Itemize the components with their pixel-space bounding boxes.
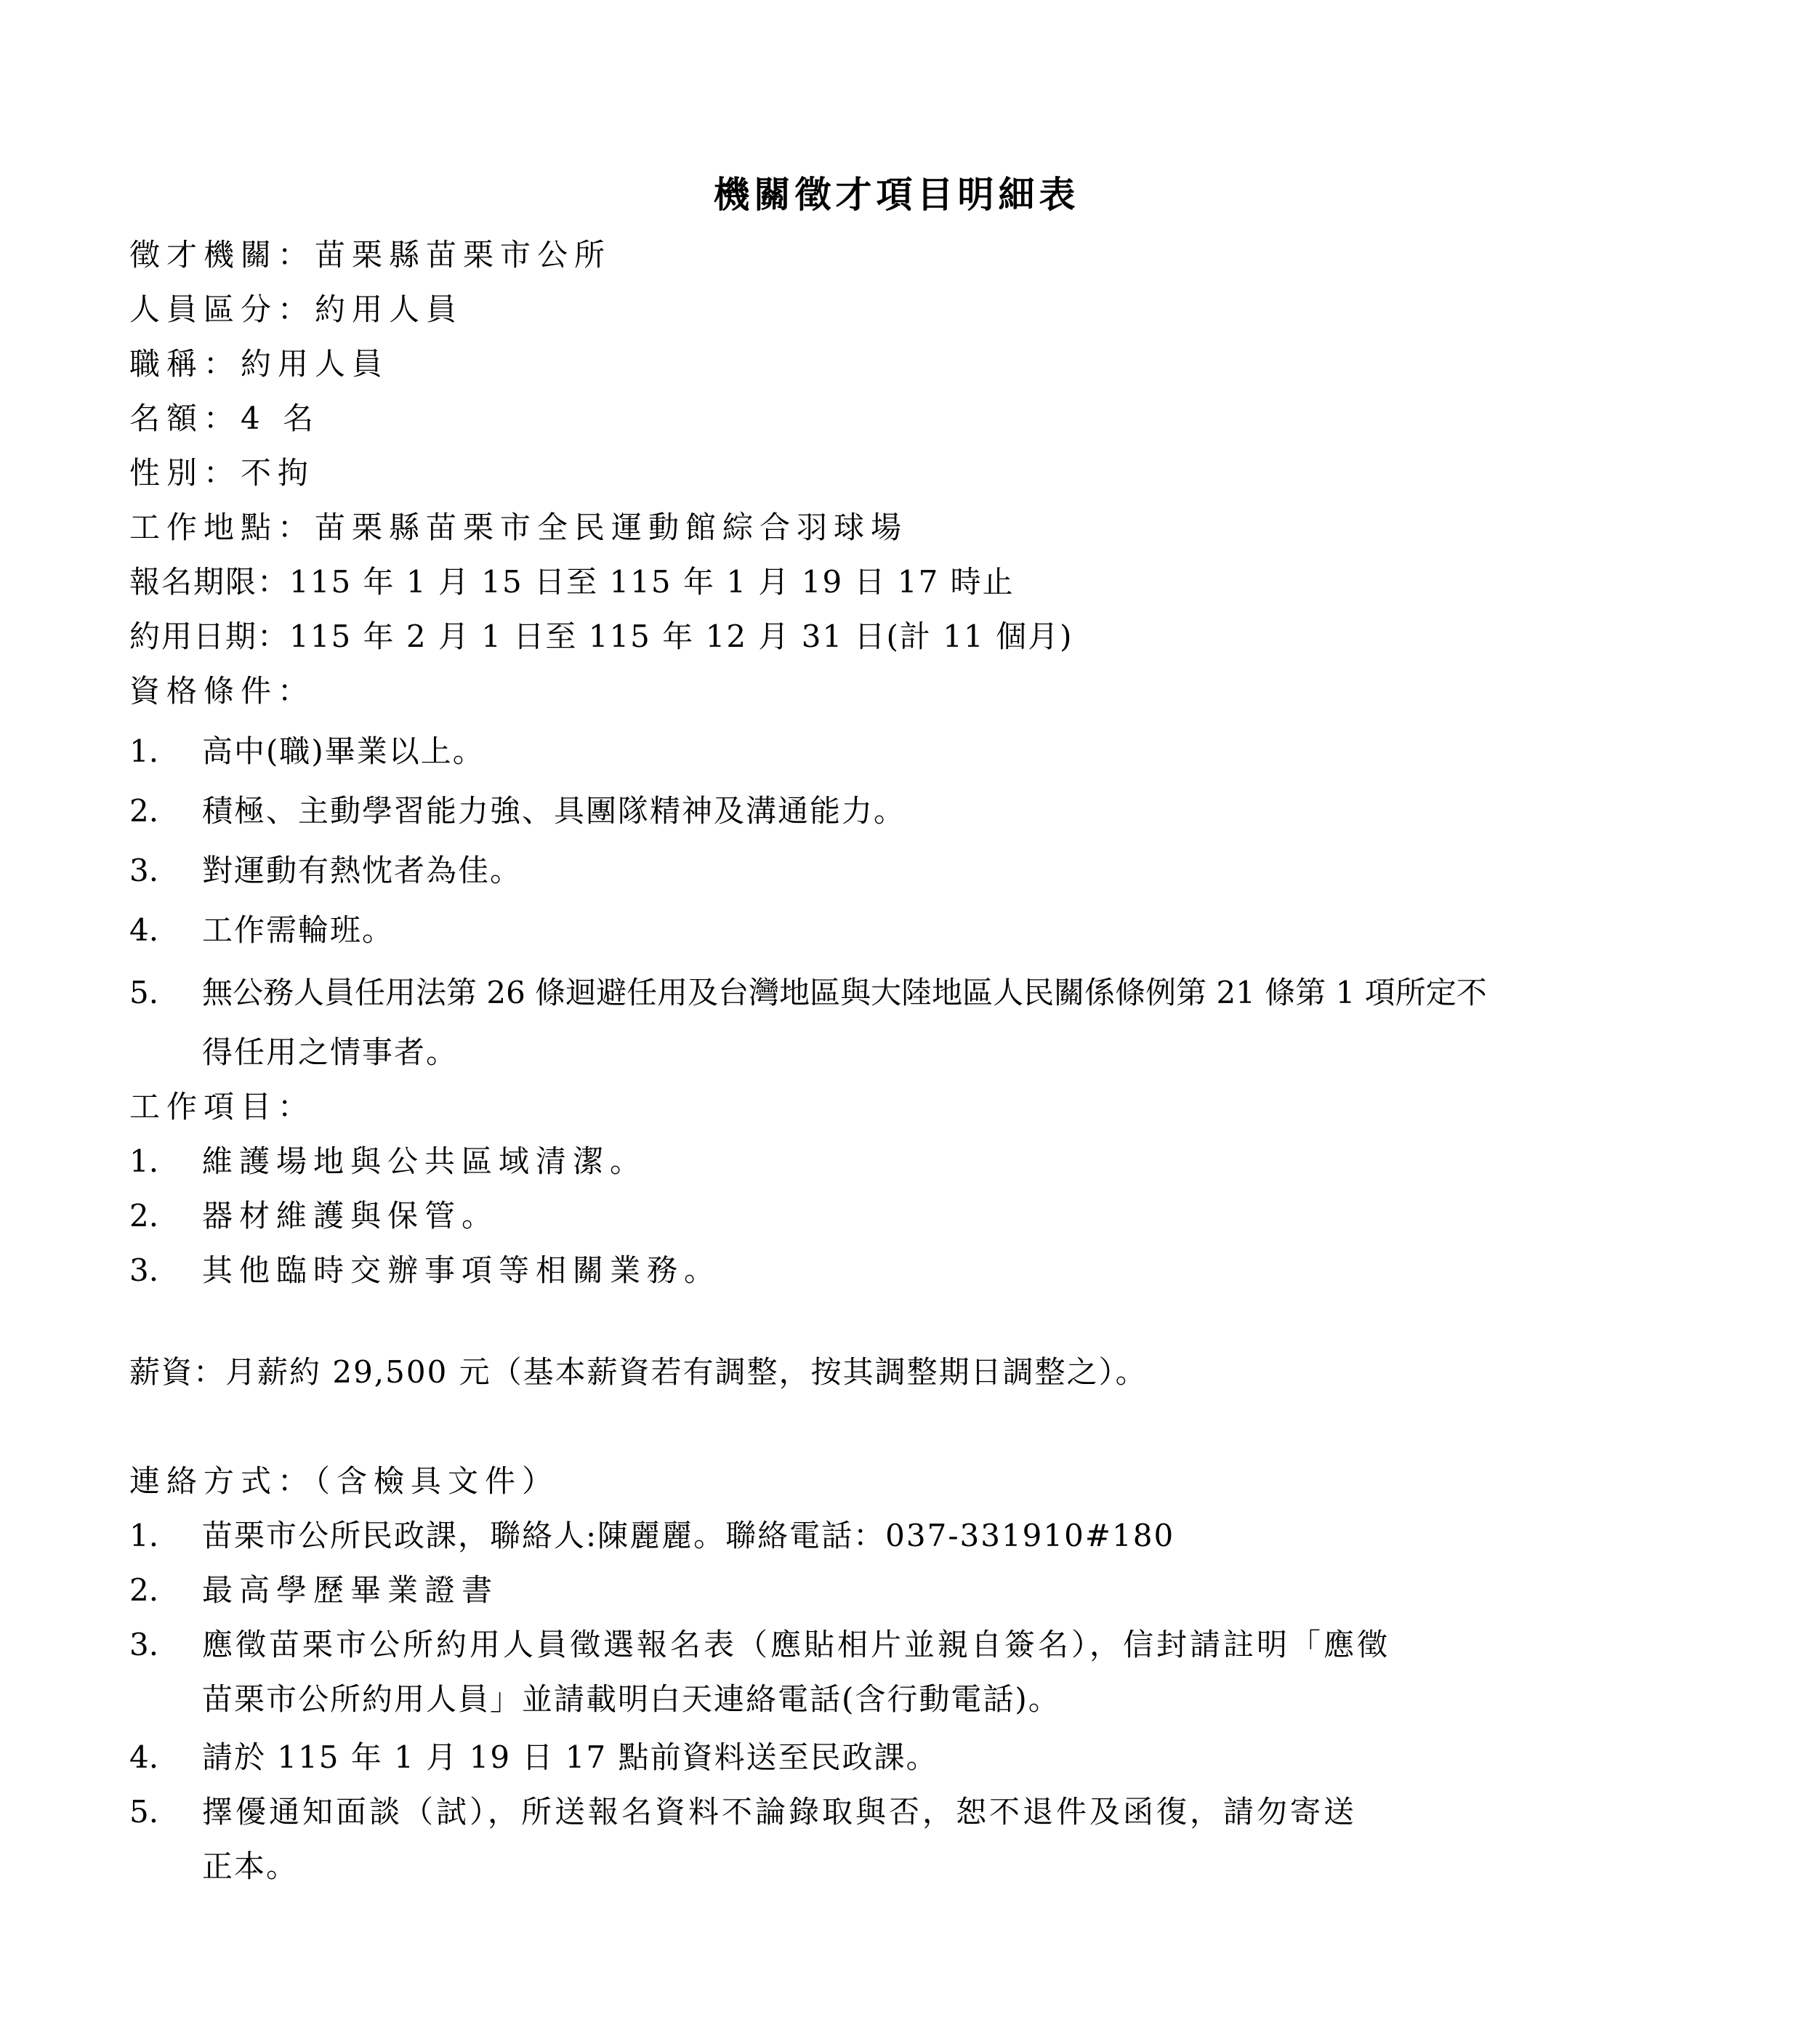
item-number: 2. bbox=[129, 1197, 202, 1235]
field-value: 約用人員 bbox=[315, 291, 463, 327]
contact-item: 1.苗栗市公所民政課，聯絡人:陳麗麗。聯絡電話：037-331910#180 bbox=[129, 1517, 1174, 1555]
item-text: 擇優通知面談（試），所送報名資料不論錄取與否，恕不退件及函復，請勿寄送 bbox=[202, 1794, 1357, 1830]
document-page: 機關徵才項目明細表 徵才機關：苗栗縣苗栗市公所 人員區分：約用人員 職稱：約用人… bbox=[0, 0, 1793, 2044]
contact-item: 3.應徵苗栗市公所約用人員徵選報名表（應貼相片並親自簽名），信封請註明「應徵 bbox=[129, 1626, 1390, 1664]
item-number: 3. bbox=[129, 852, 202, 890]
contact-item: 5.擇優通知面談（試），所送報名資料不論錄取與否，恕不退件及函復，請勿寄送 bbox=[129, 1793, 1357, 1831]
contact-item: 2.最高學歷畢業證書 bbox=[129, 1572, 499, 1609]
item-number: 1. bbox=[129, 1517, 202, 1555]
contact-item-continuation: 苗栗市公所約用人員」並請載明白天連絡電話(含行動電話)。 bbox=[202, 1681, 1060, 1718]
item-number: 1. bbox=[129, 1143, 202, 1180]
qualification-item: 4.工作需輪班。 bbox=[129, 912, 394, 949]
field-contract-period: 約用日期：115 年 2 月 1 日至 115 年 12 月 31 日(計 11… bbox=[129, 618, 1073, 656]
field-label: 約用日期： bbox=[129, 619, 289, 654]
field-quota: 名額：4 名 bbox=[129, 400, 320, 438]
item-number: 4. bbox=[129, 1739, 202, 1777]
field-label: 名額： bbox=[129, 401, 241, 436]
item-text: 最高學歷畢業證書 bbox=[202, 1572, 499, 1608]
field-value: 苗栗縣苗栗市全民運動館綜合羽球場 bbox=[315, 510, 908, 545]
item-number: 3. bbox=[129, 1626, 202, 1664]
contact-item: 4.請於 115 年 1 月 19 日 17 點前資料送至民政課。 bbox=[129, 1739, 938, 1777]
item-text: 無公務人員任用法第 26 條迴避任用及台灣地區與大陸地區人民關係條例第 21 條… bbox=[202, 975, 1487, 1010]
item-text: 高中(職)畢業以上。 bbox=[202, 733, 485, 769]
duties-heading: 工作項目： bbox=[129, 1088, 315, 1126]
field-label: 徵才機關： bbox=[129, 237, 315, 273]
item-text: 對運動有熱忱者為佳。 bbox=[202, 853, 522, 888]
qualification-item: 1.高中(職)畢業以上。 bbox=[129, 733, 485, 770]
item-text: 苗栗市公所民政課，聯絡人:陳麗麗。聯絡電話：037-331910#180 bbox=[202, 1518, 1174, 1553]
qualification-item: 2.積極、主動學習能力強、具團隊精神及溝通能力。 bbox=[129, 792, 906, 830]
item-number: 2. bbox=[129, 1572, 202, 1609]
item-number: 5. bbox=[129, 1793, 202, 1831]
field-label: 職稱： bbox=[129, 346, 241, 382]
field-label: 人員區分： bbox=[129, 291, 315, 327]
duty-item: 2.器材維護與保管。 bbox=[129, 1197, 499, 1235]
qualification-item: 3.對運動有熱忱者為佳。 bbox=[129, 852, 522, 890]
qualifications-heading: 資格條件： bbox=[129, 672, 315, 710]
field-value: 不拘 bbox=[241, 455, 315, 491]
contact-item-continuation: 正本。 bbox=[202, 1848, 298, 1886]
item-text: 其他臨時交辦事項等相關業務。 bbox=[202, 1252, 721, 1288]
contact-heading: 連絡方式：（含檢具文件） bbox=[129, 1462, 559, 1500]
field-gender: 性別：不拘 bbox=[129, 454, 315, 492]
field-staff-category: 人員區分：約用人員 bbox=[129, 291, 463, 329]
item-text: 工作需輪班。 bbox=[202, 912, 394, 948]
field-label: 性別： bbox=[129, 455, 241, 491]
item-number: 4. bbox=[129, 912, 202, 949]
field-value: 4 名 bbox=[241, 401, 320, 436]
item-number: 5. bbox=[129, 974, 202, 1012]
duty-item: 3.其他臨時交辦事項等相關業務。 bbox=[129, 1252, 721, 1289]
duty-item: 1.維護場地與公共區域清潔。 bbox=[129, 1143, 647, 1180]
field-value: 苗栗縣苗栗市公所 bbox=[315, 237, 611, 273]
salary-value: 月薪約 29,500 元（基本薪資若有調整，按其調整期日調整之）。 bbox=[225, 1354, 1148, 1390]
field-agency: 徵才機關：苗栗縣苗栗市公所 bbox=[129, 236, 611, 274]
field-value: 115 年 1 月 15 日至 115 年 1 月 19 日 17 時止 bbox=[289, 564, 1015, 600]
salary-line: 薪資：月薪約 29,500 元（基本薪資若有調整，按其調整期日調整之）。 bbox=[129, 1353, 1148, 1391]
item-text: 應徵苗栗市公所約用人員徵選報名表（應貼相片並親自簽名），信封請註明「應徵 bbox=[202, 1627, 1390, 1662]
field-application-period: 報名期限：115 年 1 月 15 日至 115 年 1 月 19 日 17 時… bbox=[129, 563, 1015, 601]
field-work-location: 工作地點：苗栗縣苗栗市全民運動館綜合羽球場 bbox=[129, 509, 908, 547]
item-number: 3. bbox=[129, 1252, 202, 1289]
item-number: 2. bbox=[129, 792, 202, 830]
field-label: 工作地點： bbox=[129, 510, 315, 545]
field-value: 115 年 2 月 1 日至 115 年 12 月 31 日(計 11 個月) bbox=[289, 619, 1073, 654]
salary-label: 薪資： bbox=[129, 1354, 225, 1390]
item-number: 1. bbox=[129, 733, 202, 770]
field-job-title: 職稱：約用人員 bbox=[129, 345, 389, 383]
item-text: 請於 115 年 1 月 19 日 17 點前資料送至民政課。 bbox=[202, 1739, 938, 1775]
document-title: 機關徵才項目明細表 bbox=[0, 173, 1793, 217]
field-label: 報名期限： bbox=[129, 564, 289, 600]
field-value: 約用人員 bbox=[241, 346, 389, 382]
item-text: 維護場地與公共區域清潔。 bbox=[202, 1143, 647, 1179]
qualification-item-continuation: 得任用之情事者。 bbox=[202, 1034, 458, 1071]
item-text: 積極、主動學習能力強、具團隊精神及溝通能力。 bbox=[202, 793, 906, 829]
item-text: 器材維護與保管。 bbox=[202, 1198, 499, 1234]
qualification-item: 5.無公務人員任用法第 26 條迴避任用及台灣地區與大陸地區人民關係條例第 21… bbox=[129, 974, 1487, 1012]
